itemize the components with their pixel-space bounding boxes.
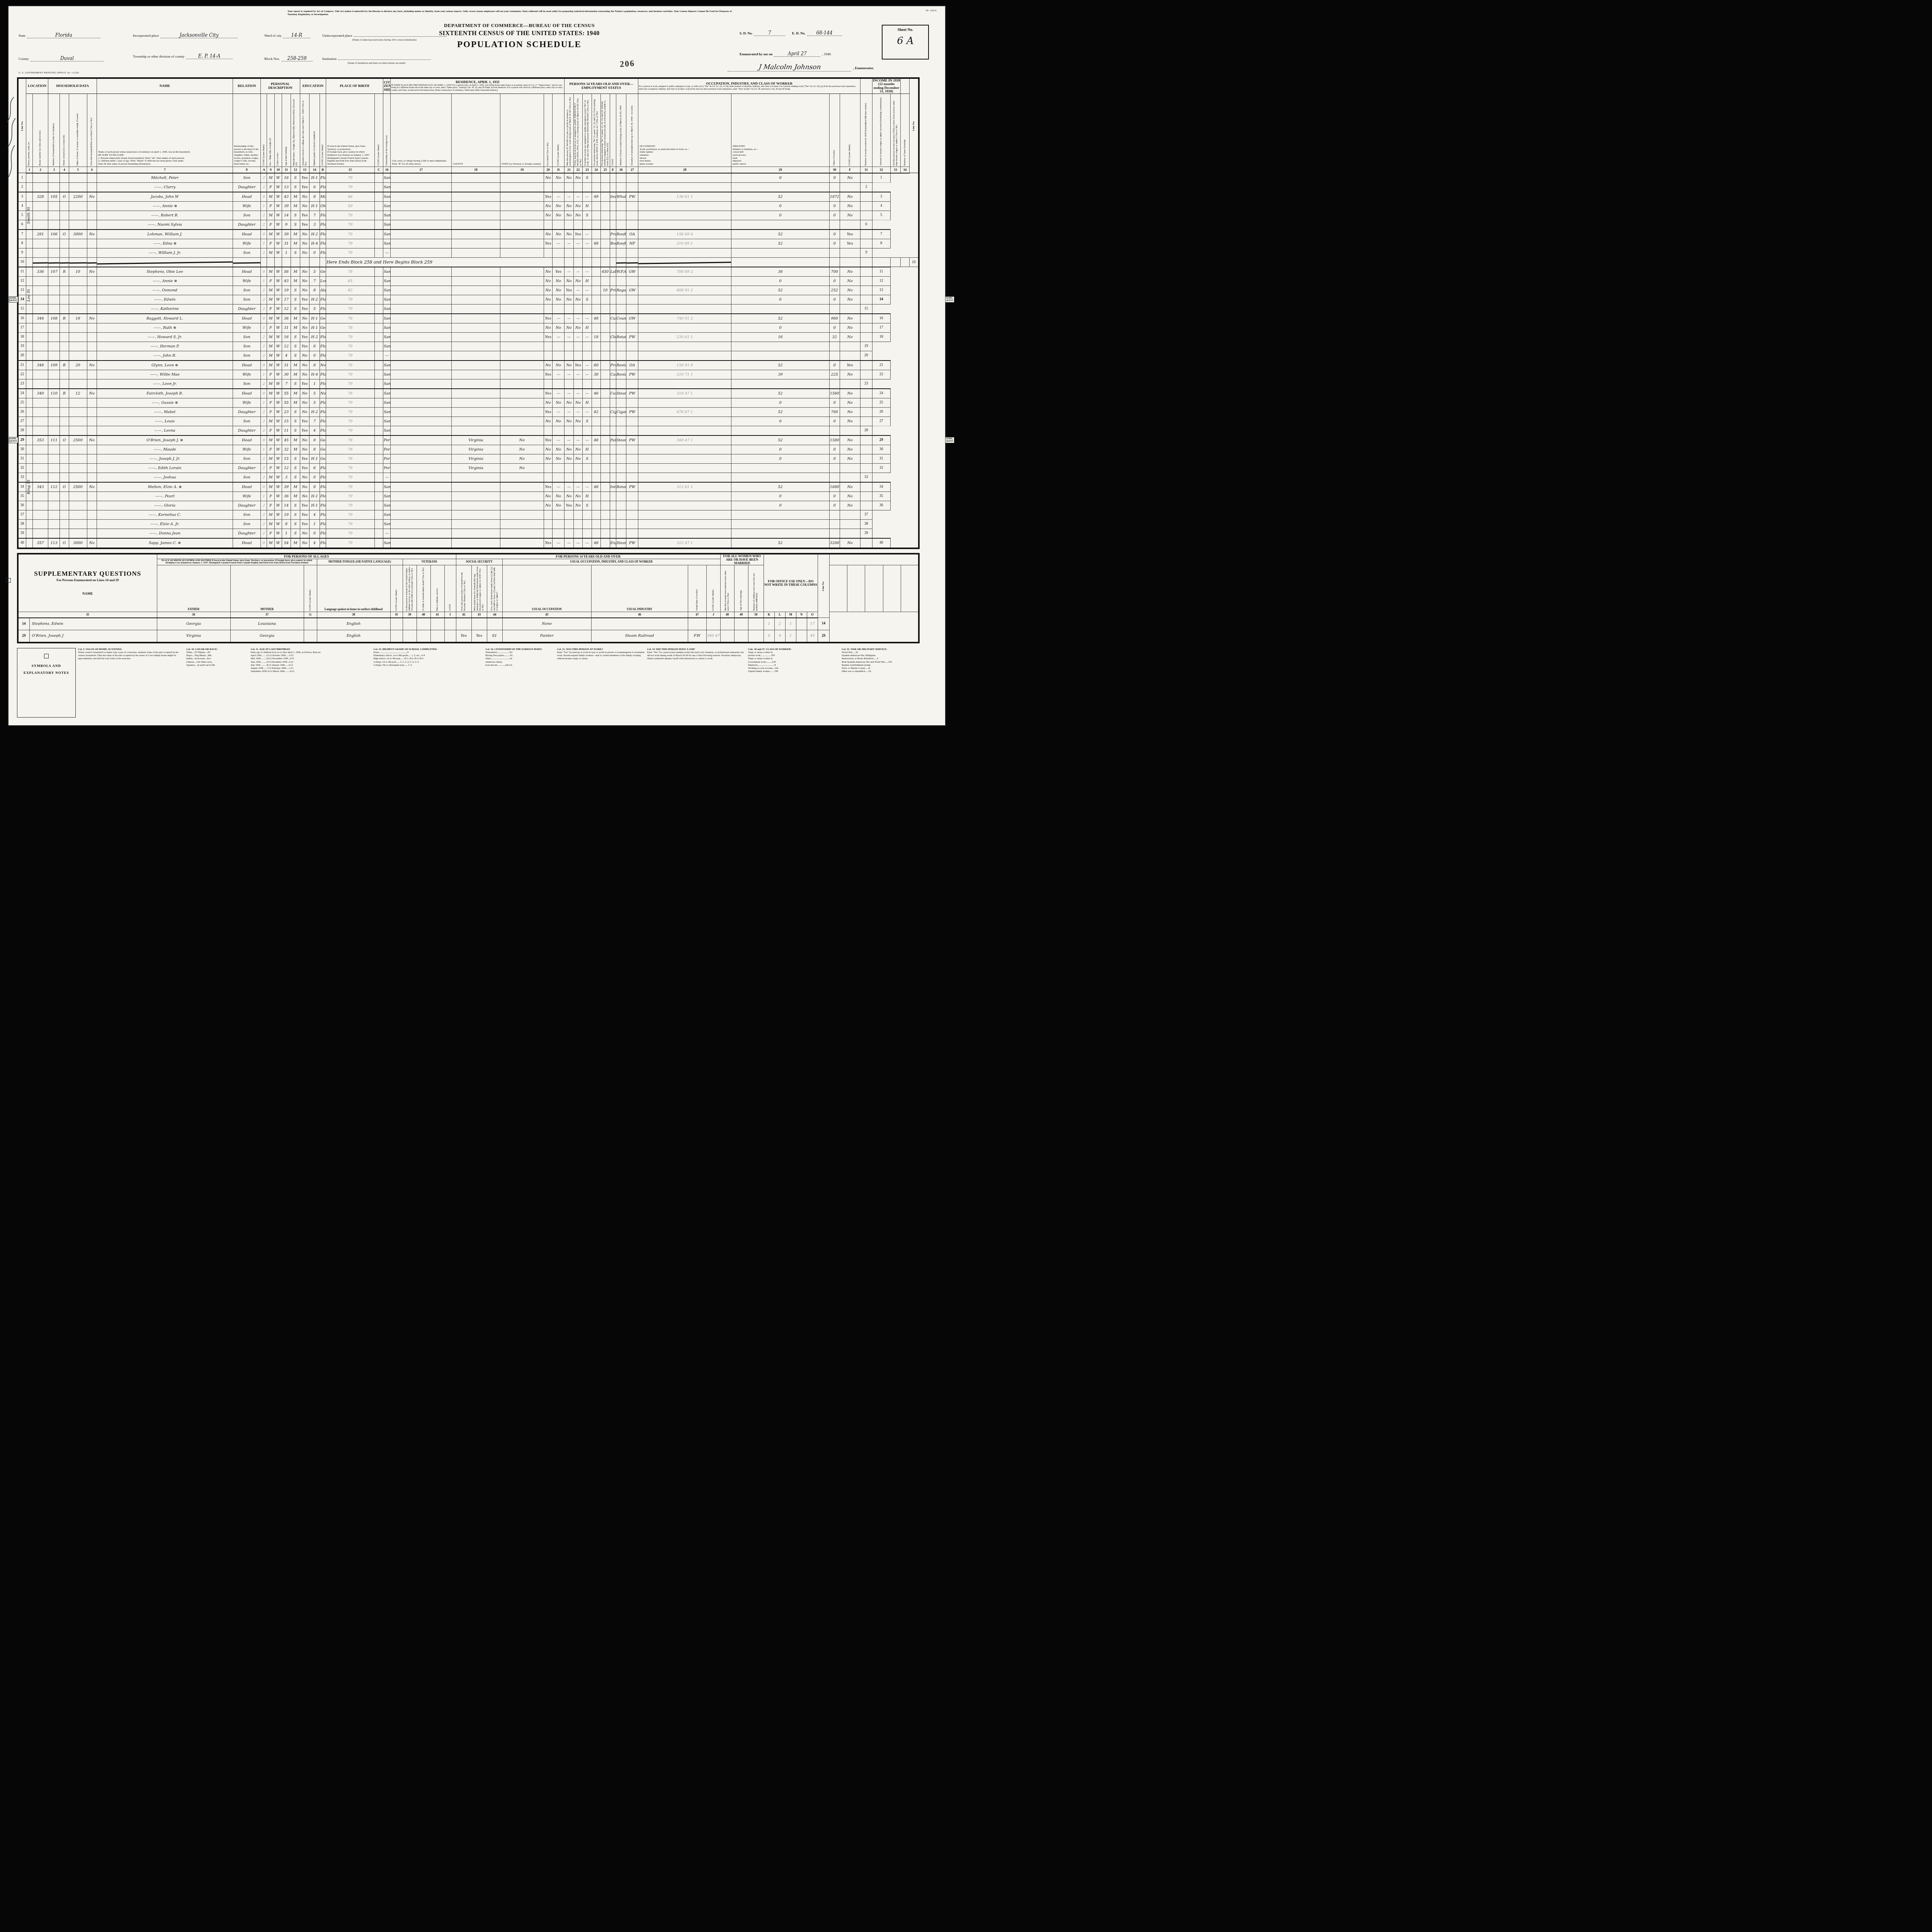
cell-r16-res_farm — [500, 314, 544, 323]
cell-r40-farm_sched — [860, 538, 872, 548]
line-no-header: Line No. — [18, 78, 26, 173]
cell-r6-name: ——, Naomi Sylvia — [97, 220, 233, 230]
band-14-over: FOR PERSONS 14 YEARS OLD AND OVER — [456, 554, 720, 559]
cell-r30-other_income: No — [840, 445, 860, 454]
cell-r29-res_farm: No — [500, 435, 544, 445]
cell-r11-relation: Head — [233, 267, 261, 277]
suppl-col-header-G: CODE (Leave blank) — [304, 565, 317, 612]
col-label-26: Number of hours worked during week of Ma… — [620, 105, 622, 165]
col-header-9: Sex—Male (M), Female (F) — [267, 94, 274, 167]
suppl-quest-marker-left: SUPPL. QUEST. — [9, 437, 18, 443]
cell-r21-attended_school: No — [300, 361, 310, 370]
suppl-cell-29-office2: 1 — [785, 630, 796, 643]
cell-r15-q24_had_job — [573, 304, 582, 314]
line-number-right: 32 — [872, 463, 890, 473]
cell-r40-grade: 4 — [310, 538, 320, 548]
cell-r14-age: 17 — [282, 295, 291, 304]
cell-r30-res_state: Virginia — [452, 445, 500, 454]
cell-r30-grade: 8 — [310, 445, 320, 454]
cell-r27-name: ——, Louis — [97, 417, 233, 426]
cell-r10-b5 — [300, 257, 310, 267]
cell-r18-unemp_duration — [601, 332, 610, 342]
cell-r11-q21_at_work: No — [544, 267, 552, 277]
cell-r27-hours — [592, 417, 600, 426]
cell-r33-other_income — [840, 473, 860, 482]
cell-r17-birthplace: Georgia — [320, 323, 326, 332]
cell-r37-res_county — [391, 510, 452, 519]
note-title-6: Col. 24. DID THIS PERSON HAVE A JOB? — [647, 648, 746, 651]
cell-r17-q23_seeking: No — [565, 323, 573, 332]
cell-r21-res_city: Same Place — [383, 361, 391, 370]
line-number-right: 24 — [872, 389, 890, 398]
col-number-10: 10 — [274, 167, 282, 173]
cell-r9-res_farm — [500, 248, 544, 257]
unincorporated-value[interactable] — [354, 36, 447, 37]
cell-r28-res_county — [391, 426, 452, 435]
cell-r24-grade: 5 — [310, 389, 320, 398]
table-row: 34343112O2500NoMelton, Elzie A. ⊗Head0MW… — [18, 482, 919, 492]
cell-r22-res_county — [391, 370, 452, 379]
note-col-5: Col. 21. WAS THIS PERSON AT WORK?Enter "… — [557, 648, 645, 661]
cell-r35-relation: Wife — [233, 492, 261, 501]
note-title-2: Col. 11. AGE AT LAST BIRTHDAY: — [251, 648, 371, 651]
line-number-right: 38 — [860, 519, 872, 529]
cell-r8-marital: M — [291, 239, 300, 248]
cell-r6-sex: F — [267, 220, 274, 230]
cell-r22-res_state — [452, 370, 500, 379]
cell-r7-q23_seeking: No — [565, 230, 573, 239]
cell-r21-street — [26, 361, 32, 370]
col-header-20: On a farm? (Yes or No) — [544, 94, 552, 167]
cell-r32-farm_sched — [860, 463, 872, 473]
suppl-col-label-I: CODE — [449, 604, 452, 611]
suppl-cell-14-v39 — [403, 618, 417, 630]
cell-r31-res_state: Virginia — [452, 454, 500, 463]
cell-r36-wages: 0 — [829, 501, 840, 510]
table-row: 40357113O3000NoSapp, James C. ⊗Head0MW54… — [18, 538, 919, 548]
cell-r16-q21_at_work: Yes — [544, 314, 552, 323]
sheet-value[interactable]: 6 A — [883, 35, 928, 47]
cell-r17-street — [26, 323, 32, 332]
cell-r37-sex: M — [267, 510, 274, 519]
cell-r21-q25_status: — — [583, 361, 592, 370]
note-title-0: Col. 5. VALUE OF HOME, IF OWNED: — [78, 648, 184, 651]
cell-r30-industry — [616, 445, 626, 454]
suppl-col-number-50: 50 — [748, 612, 764, 618]
cell-r33-marital: S — [291, 473, 300, 482]
cell-r29-q22_emergency: — — [553, 435, 565, 445]
cell-r34-attended_school: No — [300, 482, 310, 492]
cell-r15-house_no — [32, 304, 48, 314]
county-value[interactable]: Duval — [31, 56, 104, 61]
cell-r13-birthplace: Alabama — [320, 286, 326, 295]
cell-r9-unemp_duration — [601, 248, 610, 257]
cell-r38-owned_or_rented — [60, 519, 69, 529]
cell-r7-code_a: 0 — [261, 230, 267, 239]
cell-r9-weeks_1939 — [731, 248, 830, 257]
cell-r8-class_of_worker: NP — [626, 239, 638, 248]
cell-r7-citizenship — [374, 230, 383, 239]
note-col-1: Col. 10. COLOR OR RACE:White....W Filipi… — [186, 648, 248, 667]
cell-r4-relation: Wife — [233, 201, 261, 211]
cell-r17-relation: Wife — [233, 323, 261, 332]
cell-r7-industry: Roofing Contracting Co — [616, 230, 626, 239]
cell-r40-q22_emergency: — — [553, 538, 565, 548]
col-number-13: 13 — [300, 167, 310, 173]
cell-r28-q21_at_work — [544, 426, 552, 435]
cell-r38-house_no — [32, 519, 48, 529]
line-number-left: 33 — [18, 473, 26, 482]
col-number-8: 8 — [233, 167, 261, 173]
cell-r14-farm_sched — [860, 295, 872, 304]
ward-value[interactable]: 14-R — [283, 32, 310, 38]
line-number-right: 25 — [872, 398, 890, 407]
suppl-col-number-K: K — [764, 612, 774, 618]
table-row: 22——, Willie MaeWife1FW30MNoH-4Florida79… — [18, 370, 919, 379]
cell-r23-citizenship — [374, 379, 383, 389]
institution-value[interactable] — [338, 60, 431, 60]
cell-r21-code_f: 156 91 4 — [638, 361, 731, 370]
cell-r4-grade: H-1 — [310, 201, 320, 211]
cell-r11-q25_status: — — [583, 267, 592, 277]
col-number-6: 6 — [87, 167, 97, 173]
cell-r27-res_state — [452, 417, 500, 426]
cell-r38-code_a: 2 — [261, 519, 267, 529]
cell-r30-occupation — [610, 445, 616, 454]
cell-r27-age: 15 — [282, 417, 291, 426]
cell-r32-value_or_rent — [69, 463, 87, 473]
cell-r19-class_of_worker — [626, 342, 638, 351]
suppl-col-header-J: CODE (Leave blank) — [706, 565, 720, 612]
cell-r14-unemp_duration — [601, 295, 610, 304]
band-usual: USUAL OCCUPATION, INDUSTRY, AND CLASS OF… — [502, 559, 720, 565]
cell-r7-birthplace: Florida — [320, 230, 326, 239]
cell-r13-weeks_1939: 52 — [731, 286, 830, 295]
state-value[interactable]: Florida — [27, 32, 100, 38]
cell-r17-household_no — [48, 323, 60, 332]
cell-r2-res_farm — [500, 182, 544, 192]
cell-r9-res_city: — — [383, 248, 391, 257]
cell-r3-marital: M — [291, 192, 300, 202]
cell-r36-unemp_duration — [601, 501, 610, 510]
enum-date-value[interactable]: April 27 — [774, 51, 820, 57]
cell-r37-q24_had_job — [573, 510, 582, 519]
cell-r30-q21_at_work: No — [544, 445, 552, 454]
cell-r37-wages — [829, 510, 840, 519]
suppl-cell-14-m50 — [748, 618, 764, 630]
cell-r31-sex: M — [267, 454, 274, 463]
suppl-row: 29O'Brien, Joseph JVirginiaGeorgiaEnglis… — [18, 630, 919, 643]
cell-r37-other_income — [840, 510, 860, 519]
cell-r30-household_no — [48, 445, 60, 454]
cell-r5-q25_status: S — [583, 211, 592, 220]
cell-r11-household_no: 107 — [48, 267, 60, 277]
cell-r19-occupation — [610, 342, 616, 351]
cell-r7-q21_at_work: No — [544, 230, 552, 239]
cell-r25-code_c: 79 — [326, 398, 374, 407]
suppl-cell-14-v40 — [417, 618, 430, 630]
cell-r26-marital: S — [291, 407, 300, 417]
cell-r25-code_f — [638, 398, 731, 407]
cell-r25-owned_or_rented — [60, 398, 69, 407]
cell-r11-class_of_worker: GW — [626, 267, 638, 277]
cell-r10-x5 — [87, 257, 97, 267]
cell-r30-res_farm: No — [500, 445, 544, 454]
cell-r12-farm_sched — [860, 276, 872, 286]
cell-r10-d0 — [731, 257, 830, 267]
cell-r25-other_income: No — [840, 398, 860, 407]
group-subtext: IN WHAT PLACE DID THIS PERSON LIVE ON AP… — [391, 84, 564, 92]
cell-r23-relation: Son — [233, 379, 261, 389]
cell-r3-name: Jacobs, John W — [97, 192, 233, 202]
cell-r16-industry: County Vocational School — [616, 314, 626, 323]
cell-r29-q23_seeking: — — [565, 435, 573, 445]
cell-r3-weeks_1939: 52 — [731, 192, 830, 202]
cell-r28-code_c: 79 — [326, 426, 374, 435]
cell-r25-q23_seeking: No — [565, 398, 573, 407]
suppl-cell-14-j — [706, 618, 720, 630]
cell-r33-value_or_rent — [69, 473, 87, 482]
col-number-15: 15 — [326, 167, 374, 173]
cell-r38-name: ——, Elzie A. Jr. — [97, 519, 233, 529]
cell-r1-wages: 0 — [829, 173, 840, 183]
cell-r28-weeks_1939 — [731, 426, 830, 435]
cell-r11-occupation: Laborer — [610, 267, 616, 277]
cell-r17-res_state — [452, 323, 500, 332]
col-header-22: If not, was he at work on, or assigned t… — [573, 94, 582, 167]
cell-r2-birthplace: Florida — [320, 182, 326, 192]
cell-r21-q22_emergency: No — [553, 361, 565, 370]
cell-r19-race: W — [274, 342, 282, 351]
cell-r24-on_farm: No — [87, 389, 97, 398]
cell-r9-age: 1 — [282, 248, 291, 257]
cell-r2-owned_or_rented — [60, 182, 69, 192]
cell-r8-weeks_1939: 52 — [731, 239, 830, 248]
cell-r23-value_or_rent — [69, 379, 87, 389]
col-header-18: COUNTY — [452, 94, 500, 167]
cell-r40-relation: Head — [233, 538, 261, 548]
cell-r29-res_county — [391, 435, 452, 445]
col-header-33: Did this person receive income of $50 or… — [890, 94, 901, 167]
cell-r5-q21_at_work: No — [544, 211, 552, 220]
cell-r22-q24_had_job: — — [573, 370, 582, 379]
cell-r19-q25_status — [583, 342, 592, 351]
cell-r9-owned_or_rented — [60, 248, 69, 257]
group-header-5: EDUCATION — [300, 78, 326, 94]
cell-r16-q24_had_job: — — [573, 314, 582, 323]
block-value[interactable]: 258-259 — [282, 56, 313, 61]
cell-r14-birthplace: Florida — [320, 295, 326, 304]
cell-r27-relation: Son — [233, 417, 261, 426]
cell-r9-hours — [592, 248, 600, 257]
suppl-col-header-36: FATHER — [157, 565, 230, 612]
cell-r38-res_city: Same Place — [383, 519, 391, 529]
legal-notice: Your report is required by Act of Congre… — [287, 10, 732, 16]
cell-r26-res_city: Same Place — [383, 407, 391, 417]
cell-r24-owned_or_rented: R — [60, 389, 69, 398]
cell-r29-grade: 8 — [310, 435, 320, 445]
cell-r10-c5 — [601, 257, 610, 267]
table-row: 21348109R20NoGlynn, Leon ⊗Head0MW31MNo8N… — [18, 361, 919, 370]
table-row: 5——, Robert B.Son2MW14SYes7Florida79Same… — [18, 211, 919, 220]
line-number-right: 29 — [872, 435, 890, 445]
cell-r6-race: W — [274, 220, 282, 230]
cell-r5-relation: Son — [233, 211, 261, 220]
cell-r28-other_income — [840, 426, 860, 435]
cell-r20-res_state — [452, 351, 500, 361]
cell-r24-code_a: 0 — [261, 389, 267, 398]
cell-r31-on_farm — [87, 454, 97, 463]
cell-r38-q24_had_job — [573, 519, 582, 529]
col-header-6: Does this household live on a farm? (Yes… — [87, 94, 97, 167]
cell-r14-code_f — [638, 295, 731, 304]
cell-r12-name: ——, Annie ⊗ — [97, 276, 233, 286]
suppl-col-header-45: USUAL OCCUPATION — [502, 565, 591, 612]
suppl-cell-14-name: Stephens, Edwin — [29, 618, 157, 630]
cell-r1-on_farm — [87, 173, 97, 183]
cell-r34-occupation: Interior Decorator — [610, 482, 616, 492]
cell-r34-house_no: 343 — [32, 482, 48, 492]
cell-r22-race: W — [274, 370, 282, 379]
cell-r3-other_income: No — [840, 192, 860, 202]
cell-r1-hours — [592, 173, 600, 183]
line-number-left: 28 — [18, 426, 26, 435]
cell-r7-code_c: 79 — [326, 230, 374, 239]
cell-r10-d3 — [860, 257, 872, 267]
cell-r17-citizenship — [374, 323, 383, 332]
cell-r37-value_or_rent — [69, 510, 87, 519]
col-label-3: Number of household in order of visitati… — [53, 123, 55, 166]
cell-r40-attended_school: No — [300, 538, 310, 548]
cell-r18-code_a: 2 — [261, 332, 267, 342]
cell-r16-citizenship — [374, 314, 383, 323]
cell-r4-q24_had_job: No — [573, 201, 582, 211]
township-value[interactable]: E. P. 14-A — [186, 53, 233, 59]
cell-r3-class_of_worker: PW — [626, 192, 638, 202]
cell-r6-household_no — [48, 220, 60, 230]
symbols-checkbox — [44, 654, 49, 658]
cell-r18-code_c: 79 — [326, 332, 374, 342]
cell-r14-weeks_1939: 0 — [731, 295, 830, 304]
col-number-18: 18 — [452, 167, 500, 173]
cell-r21-household_no: 109 — [48, 361, 60, 370]
cell-r17-unemp_duration — [601, 323, 610, 332]
cell-r32-q23_seeking — [565, 463, 573, 473]
cell-r2-q25_status — [583, 182, 592, 192]
cell-r15-code_a: 2 — [261, 304, 267, 314]
line-number-right: 6 — [860, 220, 872, 230]
col-number-25: 25 — [601, 167, 610, 173]
line-no-header-right: Line No. — [909, 78, 919, 173]
col-label-16: Citizenship of the foreign born — [386, 135, 388, 166]
cell-r8-wages: 0 — [829, 239, 840, 248]
cell-r40-marital: M — [291, 538, 300, 548]
incorporated-value[interactable]: Jacksonville City — [160, 32, 238, 38]
cell-r13-relation: Son — [233, 286, 261, 295]
suppl-cell-14-office2: 1 — [785, 618, 796, 630]
cell-r11-code_a: 0 — [261, 267, 267, 277]
line-number-left: 10 — [18, 257, 26, 267]
cell-r39-unemp_duration — [601, 529, 610, 538]
table-row: 15——, KatherineDaughter2FW12SYes5Florida… — [18, 304, 919, 314]
note-col-8: Col. 41. WAR OR MILITARY SERVICE:World W… — [842, 648, 937, 673]
cell-r29-citizenship — [374, 435, 383, 445]
line-number-left: 12 — [18, 276, 26, 286]
cell-r13-code_a: 2 — [261, 286, 267, 295]
cell-r10-x3 — [60, 257, 69, 267]
line-no-label: Line No. — [912, 121, 915, 131]
cell-r21-farm_sched — [860, 361, 872, 370]
suppl-col-number-47: 47 — [688, 612, 706, 618]
cell-r39-hours — [592, 529, 600, 538]
enumerator-signature[interactable]: J Malcolm Johnson — [728, 63, 852, 71]
cell-r1-q22_emergency: No — [553, 173, 565, 183]
cell-r20-name: ——, John R. — [97, 351, 233, 361]
cell-r1-other_income: No — [840, 173, 860, 183]
cell-r7-house_no: 281 — [32, 230, 48, 239]
cell-r9-grade: 0 — [310, 248, 320, 257]
col-number-14: 14 — [310, 167, 320, 173]
cell-r13-unemp_duration: 10 — [601, 286, 610, 295]
cell-r33-code_a: 2 — [261, 473, 267, 482]
note-col-2: Col. 11. AGE AT LAST BIRTHDAY:Enter age … — [251, 648, 371, 673]
suppl-col-label-41: War or military service — [436, 588, 439, 611]
col-header-8: Relationship of this person to the head … — [233, 94, 261, 167]
line-number-right: 33 — [860, 473, 872, 482]
cell-r32-industry — [616, 463, 626, 473]
band-all-ages: FOR PERSONS OF ALL AGES — [157, 554, 456, 559]
cell-r21-code_c: 76 — [326, 361, 374, 370]
cell-r36-hours — [592, 501, 600, 510]
cell-r39-weeks_1939 — [731, 529, 830, 538]
line-number-left: 9 — [18, 248, 26, 257]
suppl-col-header-47: Usual class of worker — [688, 565, 706, 612]
cell-r39-res_city: — — [383, 529, 391, 538]
cell-r16-res_state — [452, 314, 500, 323]
cell-r35-other_income: No — [840, 492, 860, 501]
cell-r16-res_county — [391, 314, 452, 323]
cell-r31-name: ——, Joseph J. Jr. — [97, 454, 233, 463]
ed-value[interactable]: 68-144 — [807, 30, 842, 36]
cell-r5-code_a: 2 — [261, 211, 267, 220]
cell-r38-q23_seeking — [565, 519, 573, 529]
cell-r12-value_or_rent — [69, 276, 87, 286]
cell-r39-citizenship — [374, 529, 383, 538]
cell-r32-code_c: 79 — [326, 463, 374, 473]
cell-r5-race: W — [274, 211, 282, 220]
cell-r19-citizenship — [374, 342, 383, 351]
col-label-32: Amount of money wages or salary received… — [880, 97, 883, 165]
cell-r1-weeks_1939: 0 — [731, 173, 830, 183]
sd-value[interactable]: 7 — [754, 30, 785, 36]
cell-r13-name: ——, Osmond — [97, 286, 233, 295]
cell-r36-on_farm — [87, 501, 97, 510]
cell-r38-class_of_worker — [626, 519, 638, 529]
cell-r23-q22_emergency — [553, 379, 565, 389]
cell-r39-sex: F — [267, 529, 274, 538]
cell-r32-res_county — [391, 463, 452, 473]
group-header-13 — [901, 78, 909, 94]
cell-r16-weeks_1939: 52 — [731, 314, 830, 323]
cell-r16-race: W — [274, 314, 282, 323]
col-label-10: Color or race — [277, 153, 279, 166]
suppl-col-label-47: Usual class of worker — [696, 589, 699, 611]
cell-r24-street — [26, 389, 32, 398]
cell-r8-household_no — [48, 239, 60, 248]
cell-r24-wages: 1560 — [829, 389, 840, 398]
cell-r36-q22_emergency: No — [553, 501, 565, 510]
cell-r14-code_c: 79 — [326, 295, 374, 304]
